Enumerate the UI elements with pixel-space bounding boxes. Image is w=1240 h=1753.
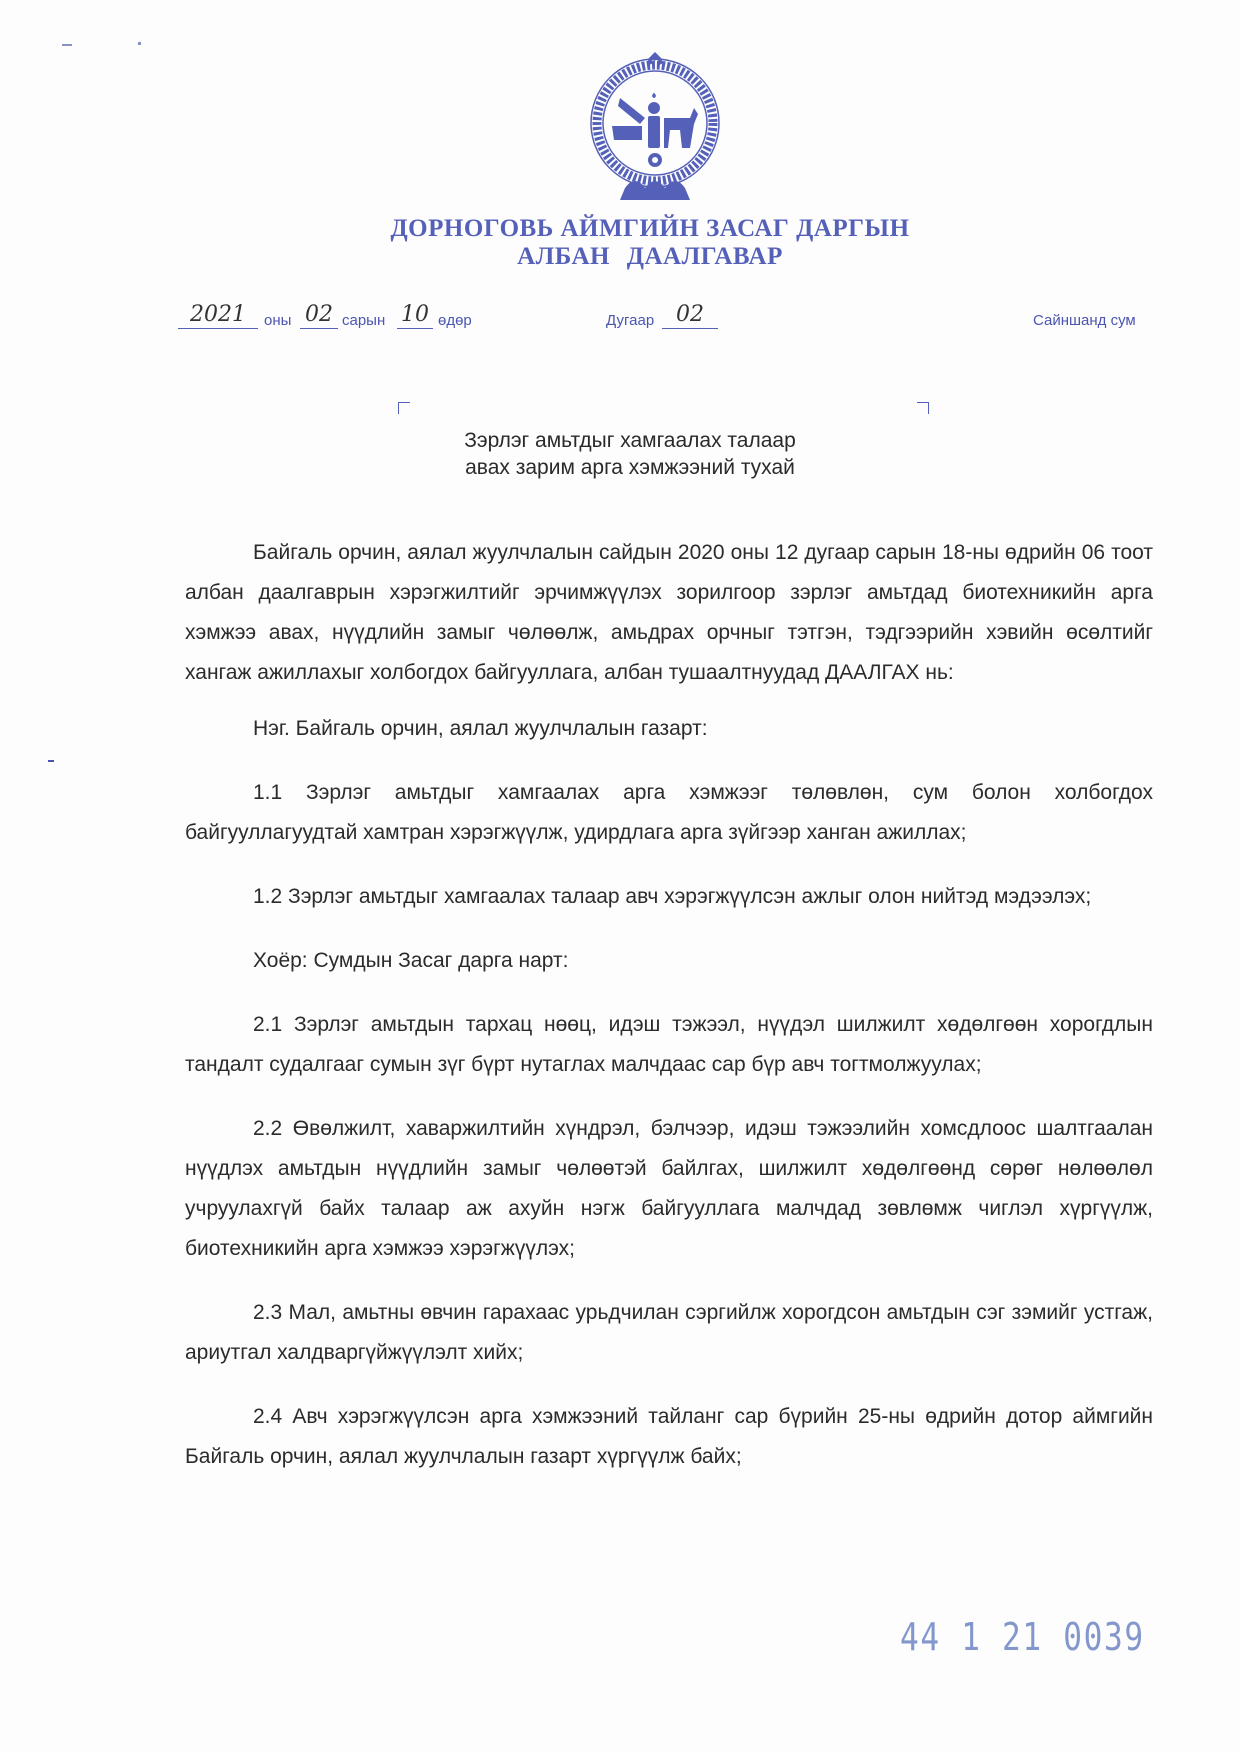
item-1-2: 1.2 Зэрлэг амьтдыг хамгаалах талаар авч …: [185, 877, 1153, 917]
section2-heading: Хоёр: Сумдын Засаг дарга нарт:: [185, 941, 1153, 981]
item-2-4: 2.4 Авч хэрэгжүүлсэн арга хэмжээний тайл…: [185, 1397, 1153, 1477]
scan-speck: [48, 760, 54, 762]
year-label: оны: [264, 312, 291, 329]
item-2-1: 2.1 Зэрлэг амьтдын тархац нөөц, идэш тэж…: [185, 1005, 1153, 1085]
day-field: 10: [397, 306, 433, 329]
number-field: 02: [662, 306, 718, 329]
org-title-line2: АЛБАН ДААЛГАВАР: [30, 243, 1240, 271]
subject-corner-mark-left: [398, 402, 410, 414]
subject-line2: авах зарим арга хэмжээний тухай: [20, 454, 1240, 481]
document-subject: Зэрлэг амьтдыг хамгаалах талаар авах зар…: [0, 427, 1240, 481]
subject-line1: Зэрлэг амьтдыг хамгаалах талаар: [20, 427, 1240, 454]
month-label: сарын: [342, 312, 385, 329]
day-label: өдөр: [438, 312, 472, 329]
document-page: ДОРНОГОВЬ АЙМГИЙН ЗАСАГ ДАРГЫН АЛБАН ДАА…: [0, 0, 1240, 1753]
scan-speck: [62, 44, 72, 46]
registration-stamp: 44 1 21 0039: [900, 1615, 1145, 1659]
state-emblem-icon: [590, 48, 720, 208]
number-label: Дугаар: [606, 312, 654, 329]
item-2-3: 2.3 Мал, амьтны өвчин гарахаас урьдчилан…: [185, 1293, 1153, 1373]
org-title-line1: ДОРНОГОВЬ АЙМГИЙН ЗАСАГ ДАРГЫН: [30, 215, 1240, 243]
item-2-2: 2.2 Өвөлжилт, хаваржилтийн хүндрэл, бэлч…: [185, 1109, 1153, 1269]
month-field: 02: [300, 306, 338, 329]
year-field: 2021: [178, 306, 258, 329]
place-label: Сайншанд сум: [1033, 312, 1136, 329]
section1-heading: Нэг. Байгаль орчин, аялал жуулчлалын газ…: [185, 709, 1153, 749]
subject-corner-mark-right: [917, 402, 929, 414]
document-body: Байгаль орчин, аялал жуулчлалын сайдын 2…: [185, 533, 1153, 1477]
scan-speck: [138, 42, 141, 45]
document-meta-row: 2021 оны 02 сарын 10 өдөр Дугаар 02 Сайн…: [0, 306, 1240, 336]
intro-paragraph: Байгаль орчин, аялал жуулчлалын сайдын 2…: [185, 533, 1153, 693]
item-1-1: 1.1 Зэрлэг амьтдыг хамгаалах арга хэмжээ…: [185, 773, 1153, 853]
